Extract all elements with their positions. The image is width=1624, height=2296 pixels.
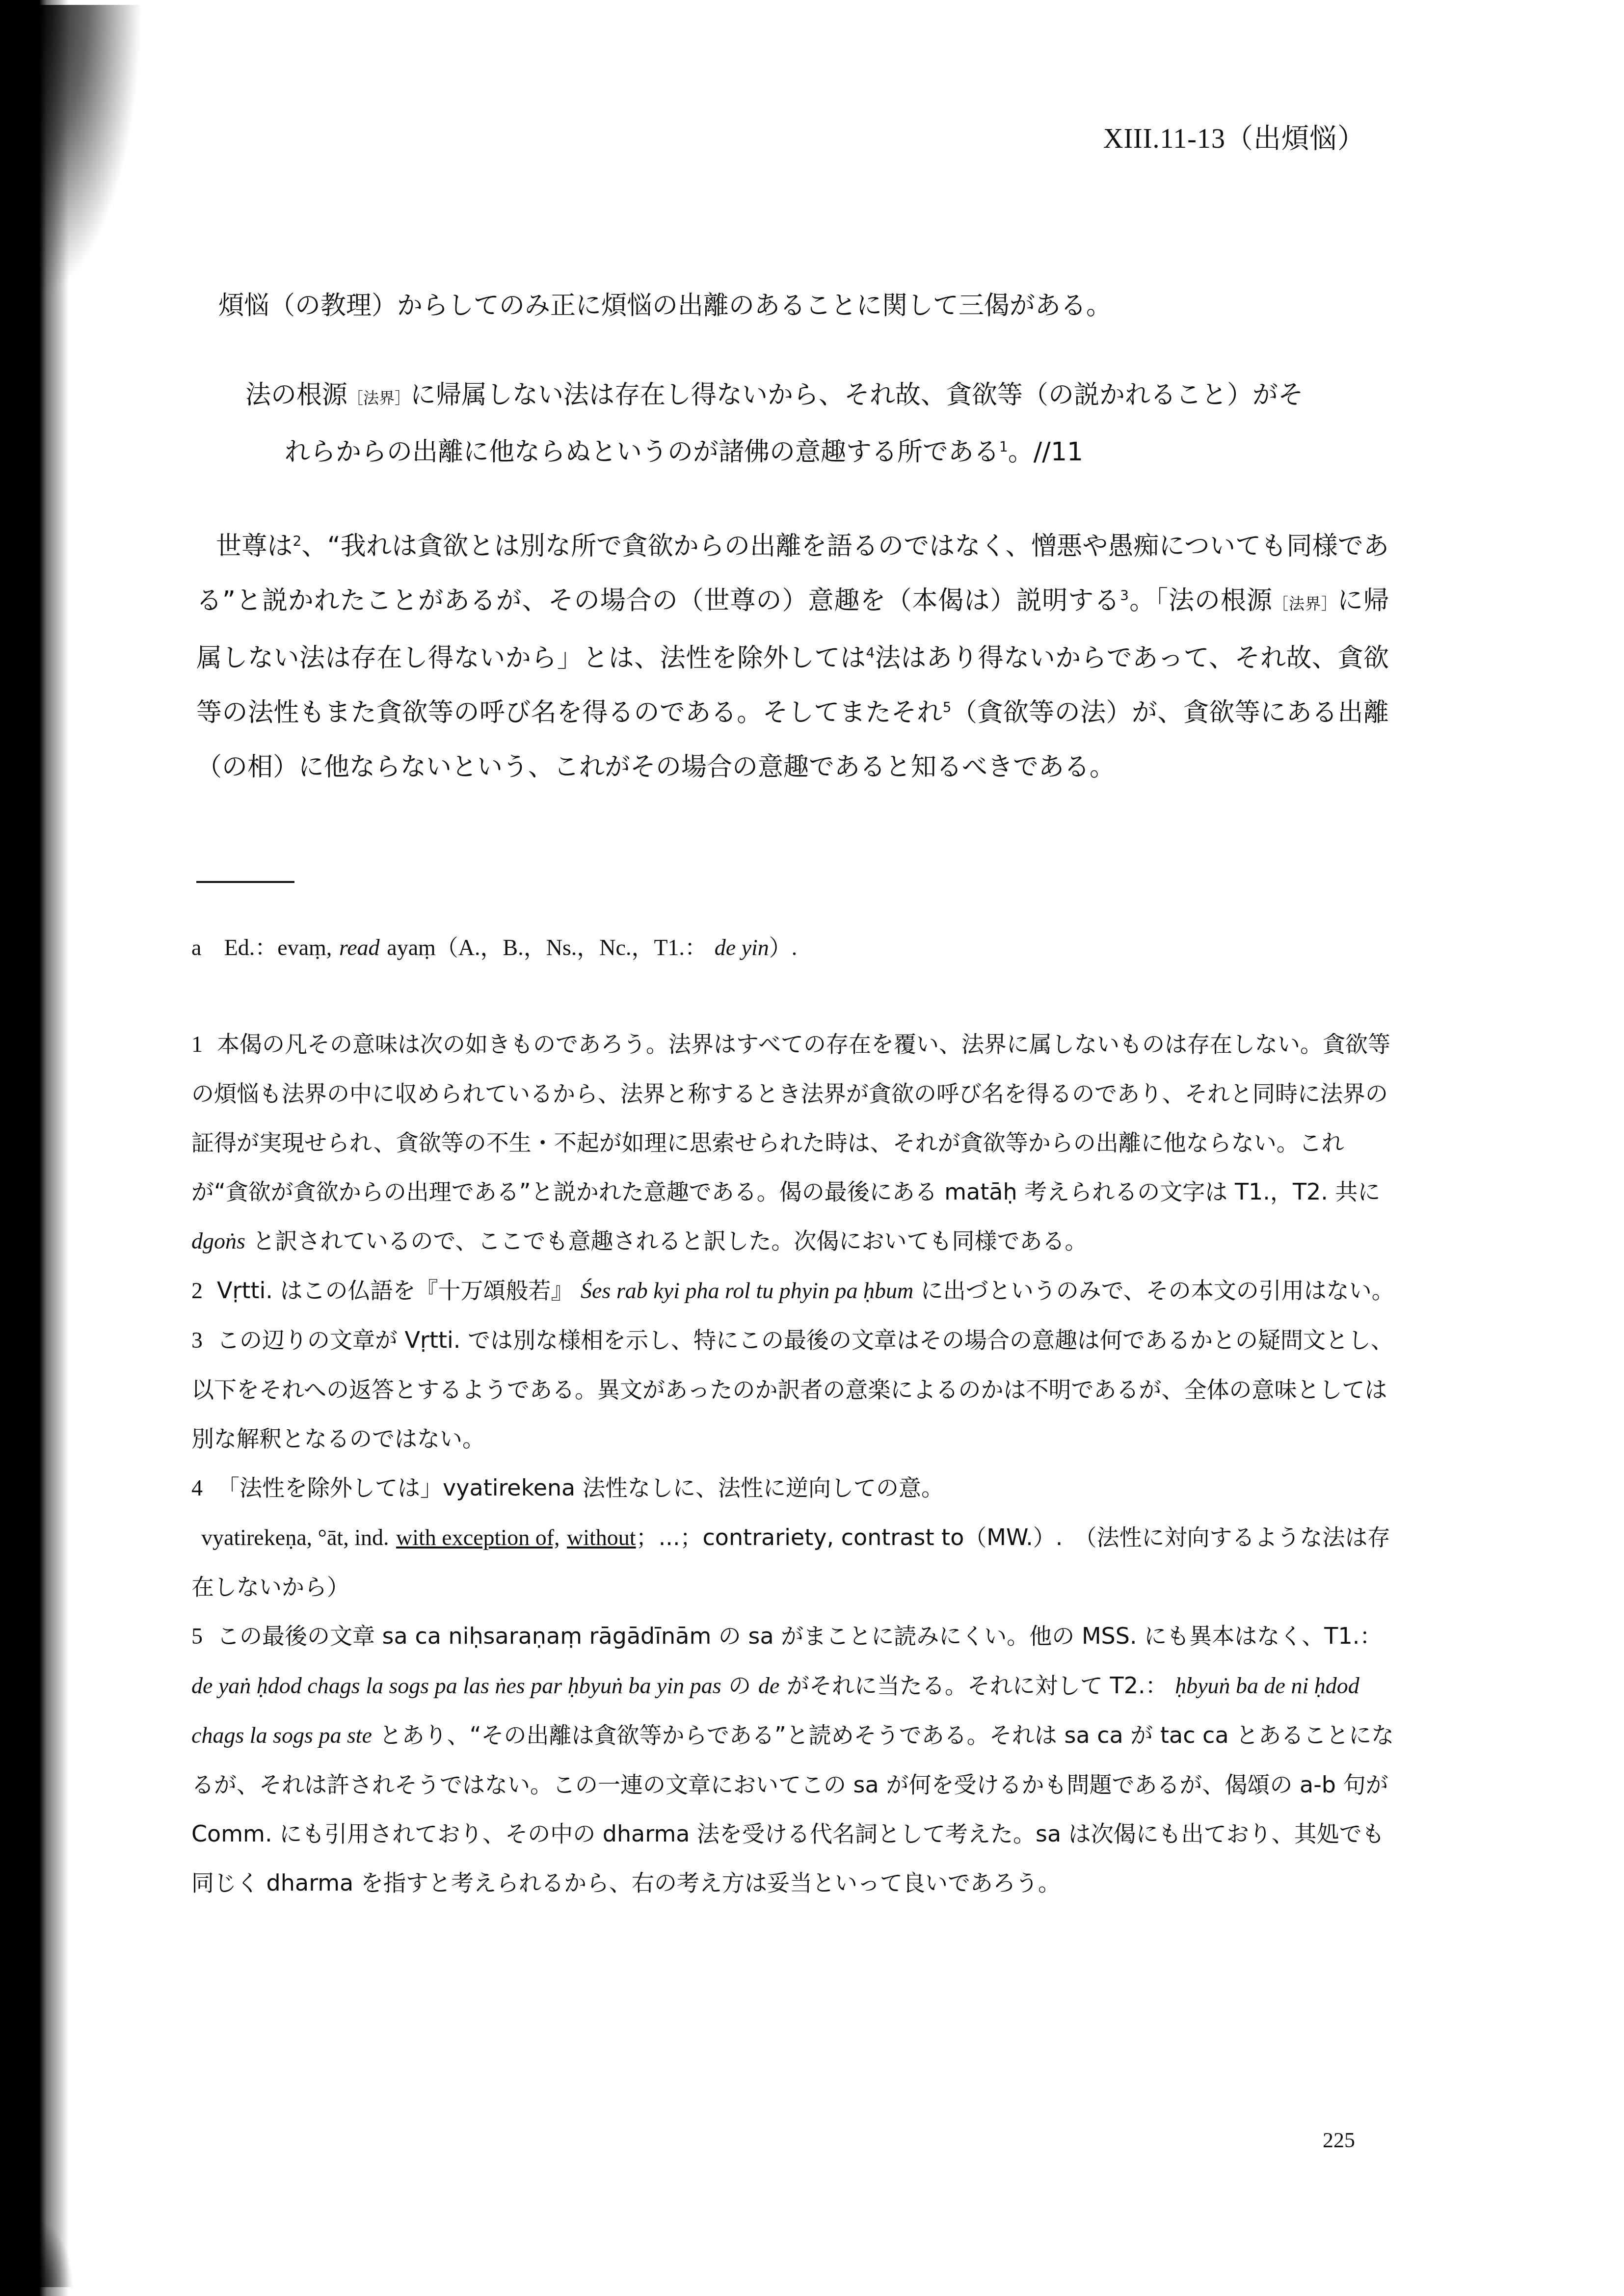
footnote-label: 1 [191, 1020, 217, 1069]
footnote-label: 2 [191, 1266, 217, 1315]
footnote-text: の [728, 1672, 751, 1699]
verse-text: れらからの出離に他ならぬというのが諸佛の意趣する所である [285, 437, 999, 467]
footnote-underlined: without [567, 1525, 636, 1550]
footnote-ref-4[interactable]: 4 [866, 645, 875, 661]
footnote-3: 3この辺りの文章が Vṛtti. では別な様相を示し、特にこの最後の文章はその場… [191, 1315, 1399, 1463]
footnote-italic: read [339, 935, 380, 960]
footnote-text: vyatirekeṇa, °āt, ind. [191, 1525, 389, 1550]
footnote-label: 3 [191, 1316, 217, 1365]
commentary-gloss: ［法界］ [1273, 594, 1337, 613]
footnote-text: がそれに当たる。それに対して T2.： [787, 1672, 1168, 1699]
section-intro: 煩悩（の教理）からしてのみ正に煩悩の出離のあることに関して三偈がある。 [218, 282, 1396, 329]
footnote-4: 4「法性を除外しては」vyatirekena 法性なしに、法性に逆向しての意。 … [191, 1463, 1399, 1611]
footnote-5: 5この最後の文章 sa ca niḥsaraṇaṃ rāgādīnām の sa… [191, 1611, 1399, 1907]
verse-text: 法の根源 [245, 380, 347, 410]
commentary-text: 。「法の根源 [1129, 586, 1273, 615]
verse-text: に帰属しない法は存在し得ないから、それ故、貪欲等（の説かれること）がそ [410, 380, 1304, 410]
footnote-text: ayaṃ（A.，B.，Ns.，Nc.，T1.： [387, 935, 707, 960]
footnote-italic: de yin [715, 935, 769, 960]
footnote-ref-2[interactable]: 2 [293, 533, 301, 549]
footnote-separator [196, 881, 294, 883]
footnote-text: Ed.：evaṃ, [224, 935, 332, 960]
verse-number: 。//11 [1008, 437, 1083, 467]
running-head: XIII.11-13（出煩悩） [1103, 117, 1365, 156]
footnote-text: この辺りの文章が Vṛtti. では別な様相を示し、特にこの最後の文章はその場合… [191, 1327, 1393, 1452]
footnote-italic: Śes rab kyi pha rol tu phyin pa ḥbum [581, 1278, 913, 1303]
footnote-ref-5[interactable]: 5 [943, 699, 952, 716]
scan-shadow-left [0, 0, 69, 2296]
footnote-label: 5 [191, 1612, 217, 1661]
footnote-text: この最後の文章 sa ca niḥsaraṇaṃ rāgādīnām の sa … [217, 1623, 1382, 1649]
scan-shadow-top [34, 5, 142, 299]
verse-11: 法の根源［法界］に帰属しない法は存在し得ないから、それ故、貪欲等（の説かれること… [245, 368, 1374, 479]
footnote-italic: de [758, 1673, 779, 1698]
footnotes: a Ed.：evaṃ, read ayaṃ（A.，B.，Ns.，Nc.，T1.：… [191, 923, 1399, 1907]
footnote-label: a [191, 923, 217, 972]
footnote-a: a Ed.：evaṃ, read ayaṃ（A.，B.，Ns.，Nc.，T1.：… [191, 923, 1399, 972]
footnote-text: Vṛtti. はこの仏語を『十万頌般若』 [217, 1277, 573, 1304]
commentary-paragraph: 世尊は2、“我れは貪欲とは別な所で貪欲からの出離を語るのではなく、憎悪や愚痴につ… [196, 519, 1389, 795]
footnote-ref-1[interactable]: 1 [999, 439, 1008, 455]
verse-gloss: ［法界］ [347, 389, 410, 407]
footnote-text: 「法性を除外しては」vyatirekena 法性なしに、法性に逆向しての意。 [217, 1474, 944, 1501]
footnote-italic: dgoṅs [191, 1228, 245, 1254]
verse-line-2: れらからの出離に他ならぬというのが諸佛の意趣する所である1。//11 [245, 425, 1374, 479]
footnote-text: と訳されているので、ここでも意趣されると訳した。次偈においても同様である。 [253, 1228, 1088, 1254]
footnote-text: とあり、“その出離は貪欲等からである”と読めそうである。それは sa ca が … [191, 1722, 1394, 1896]
footnote-label: 4 [191, 1464, 217, 1513]
footnote-text: に出づというのみで、その本文の引用はない。 [921, 1277, 1394, 1304]
footnote-2: 2Vṛtti. はこの仏語を『十万頌般若』 Śes rab kyi pha ro… [191, 1266, 1399, 1315]
footnote-ref-3[interactable]: 3 [1120, 587, 1129, 604]
footnote-1: 1本偈の凡その意味は次の如きものであろう。法界はすべての存在を覆い、法界に属しな… [191, 1019, 1399, 1266]
footnote-text: ）. [769, 935, 798, 960]
page-number: 225 [1323, 2128, 1355, 2153]
commentary-text: 世尊は [216, 532, 293, 561]
footnote-italic: de yaṅ ḥdod chags la sogs pa las ṅes par… [191, 1673, 721, 1698]
footnote-text: 本偈の凡その意味は次の如きものであろう。法界はすべての存在を覆い、法界に属しない… [191, 1031, 1390, 1205]
footnote-underlined: with exception of, [396, 1525, 559, 1550]
scan-shadow-bottom [34, 2218, 74, 2287]
